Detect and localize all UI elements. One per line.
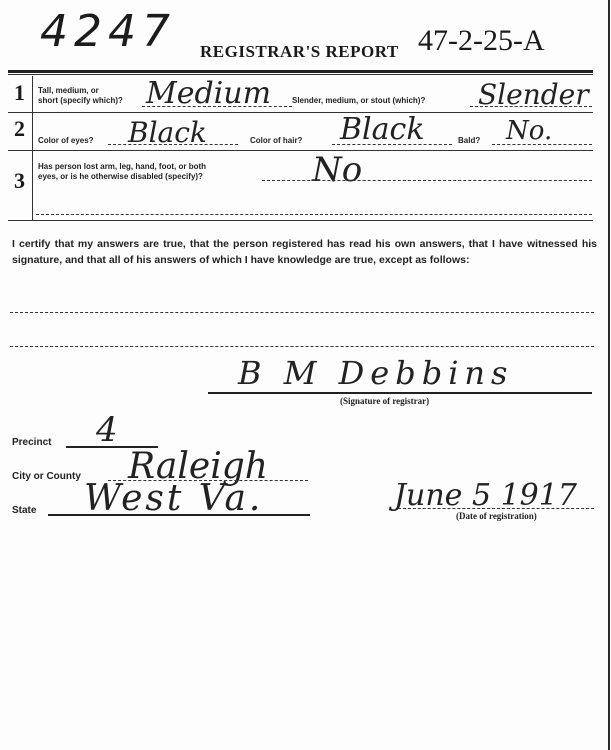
- certification-text: I certify that my answers are true, that…: [12, 236, 597, 268]
- disability-field-line-2: [36, 214, 592, 215]
- serial-number: 4247: [40, 6, 176, 57]
- bald-label: Bald?: [458, 136, 480, 146]
- date-caption: (Date of registration): [456, 511, 537, 521]
- row-number-3: 3: [14, 168, 25, 194]
- row-number-1: 1: [14, 80, 25, 106]
- build-field-line: [470, 106, 592, 107]
- disability-label: Has person lost arm, leg, hand, foot, or…: [38, 162, 206, 182]
- exception-line-1: [10, 312, 594, 313]
- disability-label-line2: eyes, or is he otherwise disabled (speci…: [38, 172, 206, 182]
- eye-color-label: Color of eyes?: [38, 136, 94, 146]
- eye-color-field-line: [108, 144, 238, 145]
- signature-line: [208, 392, 592, 394]
- bald-field-line: [492, 144, 592, 145]
- disability-label-line1: Has person lost arm, leg, hand, foot, or…: [38, 162, 206, 172]
- table-top-rule-inner: [8, 74, 593, 75]
- registrar-signature: B M Debbins: [238, 354, 513, 392]
- signature-caption: (Signature of registrar): [340, 396, 429, 406]
- row-number-2: 2: [14, 116, 25, 142]
- disability-field-line-1: [262, 180, 592, 181]
- bald-value: No.: [506, 116, 552, 146]
- state-field-line: [48, 514, 310, 516]
- hair-color-label: Color of hair?: [250, 136, 302, 146]
- exception-line-2: [10, 346, 594, 347]
- disability-value: No: [312, 150, 362, 190]
- table-bottom-rule: [8, 220, 593, 221]
- row-2-divider: [8, 150, 593, 151]
- height-label: Tall, medium, or short (specify which)?: [38, 86, 123, 106]
- state-value: West Va.: [84, 478, 263, 519]
- city-county-label: City or County: [12, 472, 81, 482]
- state-label: State: [12, 506, 36, 516]
- height-label-line2: short (specify which)?: [38, 96, 123, 106]
- page-title: REGISTRAR'S REPORT: [200, 42, 399, 62]
- table-top-rule: [8, 70, 593, 73]
- form-id: 47-2-25-A: [418, 24, 545, 58]
- row-number-divider: [32, 76, 33, 220]
- height-field-line: [142, 106, 292, 107]
- date-field-line: [398, 508, 594, 509]
- hair-color-value: Black: [340, 112, 425, 147]
- hair-color-field-line: [332, 144, 452, 145]
- precinct-label: Precinct: [12, 438, 51, 448]
- precinct-value: 4: [96, 410, 118, 450]
- row-1-divider: [8, 112, 593, 113]
- height-label-line1: Tall, medium, or: [38, 86, 123, 96]
- page-edge: [608, 0, 610, 750]
- build-label: Slender, medium, or stout (which)?: [292, 96, 425, 106]
